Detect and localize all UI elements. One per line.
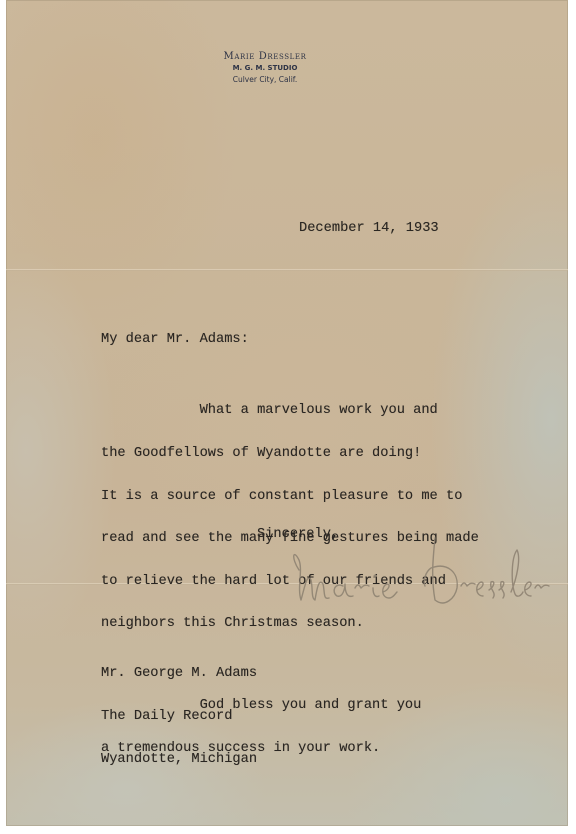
recipient-address: Mr. George M. Adams The Daily Record Wya…	[101, 639, 257, 781]
body-line: What a marvelous work you and	[101, 404, 479, 418]
letterhead: Marie Dressler M. G. M. STUDIO Culver Ci…	[200, 50, 330, 85]
recipient-name: Mr. George M. Adams	[101, 667, 257, 681]
body-line: It is a source of constant pleasure to m…	[101, 490, 479, 504]
salutation: My dear Mr. Adams:	[101, 333, 249, 347]
letter-date: December 14, 1933	[299, 222, 439, 236]
letterhead-city: Culver City, Calif.	[200, 74, 330, 85]
body-line: the Goodfellows of Wyandotte are doing!	[101, 447, 479, 461]
recipient-organization: The Daily Record	[101, 710, 257, 724]
recipient-city: Wyandotte, Michigan	[101, 753, 257, 767]
letterhead-name: Marie Dressler	[200, 50, 330, 63]
letterhead-studio: M. G. M. STUDIO	[200, 63, 330, 74]
handwritten-signature	[285, 528, 555, 623]
paper-fold-upper	[6, 269, 568, 271]
